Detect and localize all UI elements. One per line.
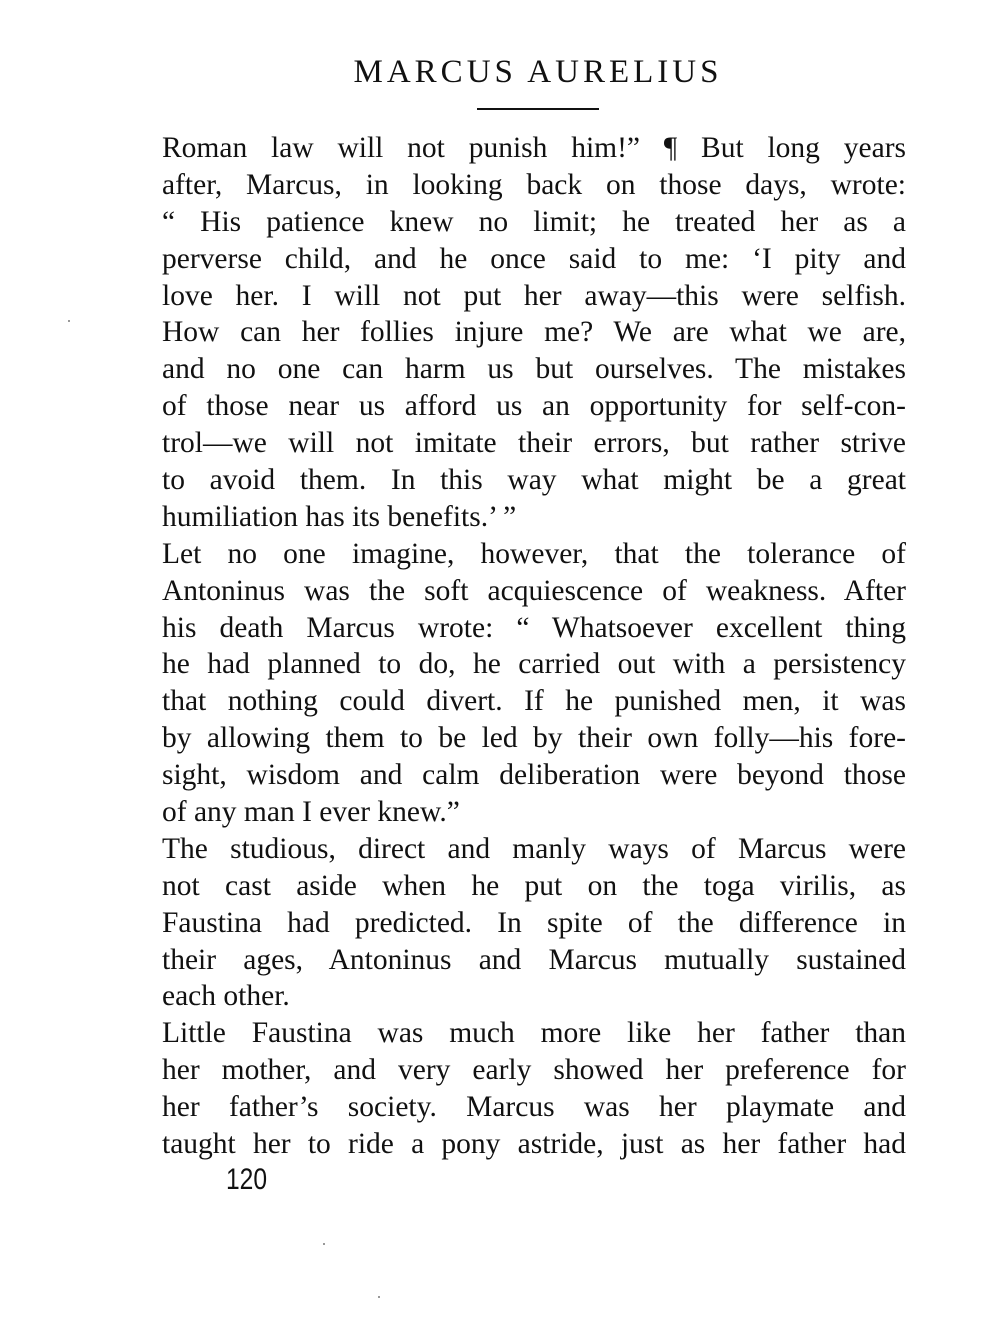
title-rule: [477, 108, 599, 110]
text-line: his death Marcus wrote: “ Whatsoever exc…: [162, 610, 906, 647]
running-title: MARCUS AURELIUS: [0, 52, 1000, 92]
text-line: “ His patience knew no limit; he treated…: [162, 204, 906, 241]
text-line: of any man I ever knew.”: [162, 794, 906, 831]
text-line: humiliation has its benefits.’ ”: [162, 499, 906, 536]
scan-speck: [323, 1243, 325, 1245]
text-line: their ages, Antoninus and Marcus mutuall…: [162, 942, 906, 979]
text-line: taught her to ride a pony astride, just …: [162, 1126, 906, 1163]
text-line: that nothing could divert. If he punishe…: [162, 683, 906, 720]
text-line: The studious, direct and manly ways of M…: [162, 831, 906, 868]
text-line: after, Marcus, in looking back on those …: [162, 167, 906, 204]
text-line: Little Faustina was much more like her f…: [162, 1015, 906, 1052]
text-line: and no one can harm us but ourselves. Th…: [162, 351, 906, 388]
text-line: her father’s society. Marcus was her pla…: [162, 1089, 906, 1126]
text-line: perverse child, and he once said to me: …: [162, 241, 906, 278]
text-line: Roman law will not punish him!” ¶ But lo…: [162, 130, 906, 167]
text-line: Faustina had predicted. In spite of the …: [162, 905, 906, 942]
text-line: trol—we will not imitate their errors, b…: [162, 425, 906, 462]
text-line: by allowing them to be led by their own …: [162, 720, 906, 757]
text-line: each other.: [162, 978, 906, 1015]
scan-speck: [378, 1296, 380, 1298]
page-number: 120: [226, 1162, 267, 1198]
text-line: not cast aside when he put on the toga v…: [162, 868, 906, 905]
text-line: How can her follies injure me? We are wh…: [162, 314, 906, 351]
text-line: her mother, and very early showed her pr…: [162, 1052, 906, 1089]
text-line: Antoninus was the soft acquiescence of w…: [162, 573, 906, 610]
text-line: to avoid them. In this way what might be…: [162, 462, 906, 499]
text-line: love her. I will not put her away—this w…: [162, 278, 906, 315]
text-line: he had planned to do, he carried out wit…: [162, 646, 906, 683]
text-line: sight, wisdom and calm deliberation were…: [162, 757, 906, 794]
scan-speck: [68, 320, 70, 322]
body-text: Roman law will not punish him!” ¶ But lo…: [162, 130, 906, 1163]
text-line: Let no one imagine, however, that the to…: [162, 536, 906, 573]
text-line: of those near us afford us an opportunit…: [162, 388, 906, 425]
